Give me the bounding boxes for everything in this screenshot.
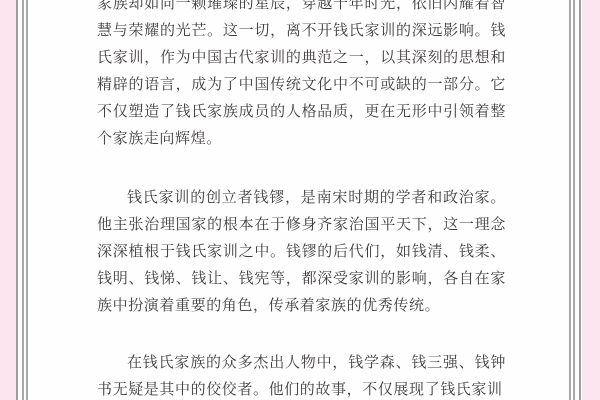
page-border-double-rule-right [569,0,575,400]
page-border-single-rule-right [579,0,581,400]
page-border-double-rule-left [22,0,28,400]
paragraph-notable-figures: 在钱氏家族的众多杰出人物中，钱学森、钱三强、钱钟书无疑是其中的佼佼者。他们的故事… [97,349,506,400]
article-body: 家族却如同一颗璀璨的星辰，穿越千年时光，依旧闪耀着智慧与荣耀的光芒。这一切，离不… [97,0,506,400]
page: { "article": { "paragraphs": [ { "text":… [0,0,600,400]
page-border-pink-strip-right [582,0,600,400]
page-border-single-rule-left [16,0,18,400]
paragraph-founder-qianliu: 钱氏家训的创立者钱镠，是南宋时期的学者和政治家。他主张治理国家的根本在于修身齐家… [97,184,506,319]
page-border-pink-strip-left [0,0,16,400]
paragraph-family-influence: 家族却如同一颗璀璨的星辰，穿越千年时光，依旧闪耀着智慧与荣耀的光芒。这一切，离不… [97,0,506,152]
